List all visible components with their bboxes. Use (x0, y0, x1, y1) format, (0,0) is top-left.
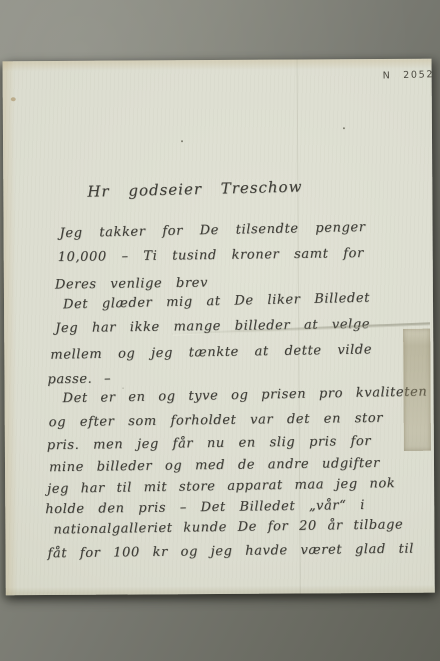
dust-speck (343, 127, 345, 129)
letter-line: fåt for 100 kr og jeg havde været glad t… (47, 542, 414, 562)
letter-line: holde den pris – Det Billedet „vår“ i (45, 498, 365, 517)
letter-line: mine billeder og med de andre udgifter (49, 456, 380, 475)
letter-line: nationalgalleriet kunde De for 20 år til… (53, 517, 403, 537)
letter-line: passe. – (47, 371, 111, 387)
letter-greeting: Hr godseier Treschow (87, 178, 302, 201)
letter-line: Deres venlige brev (55, 276, 208, 293)
letter-line: Det er en og tyve og prisen pro kvalitet… (62, 384, 427, 406)
dust-speck (123, 388, 124, 389)
stain-speck (11, 97, 16, 101)
letter-line: mellem og jeg tænkte at dette vilde (50, 342, 372, 362)
photo-background: N 2052 Hr godseier Treschow Jeg takker f… (0, 0, 440, 661)
dust-speck (181, 140, 183, 142)
letter-line: Det glæder mig at De liker Billedet (63, 291, 370, 313)
archive-number: N 2052 (383, 69, 435, 81)
letter-line: pris. men jeg får nu en slig pris for (47, 434, 371, 453)
letter-line: og efter som forholdet var det en stor (49, 411, 384, 430)
letter-line: jeg har til mit store apparat maa jeg no… (47, 476, 395, 497)
letter-line: 10,000 – Ti tusind kroner samt for (58, 246, 364, 265)
tape-strip (403, 329, 431, 451)
letter-line: Jeg takker for De tilsendte penger (59, 220, 365, 241)
letter-paper: N 2052 Hr godseier Treschow Jeg takker f… (3, 59, 435, 596)
